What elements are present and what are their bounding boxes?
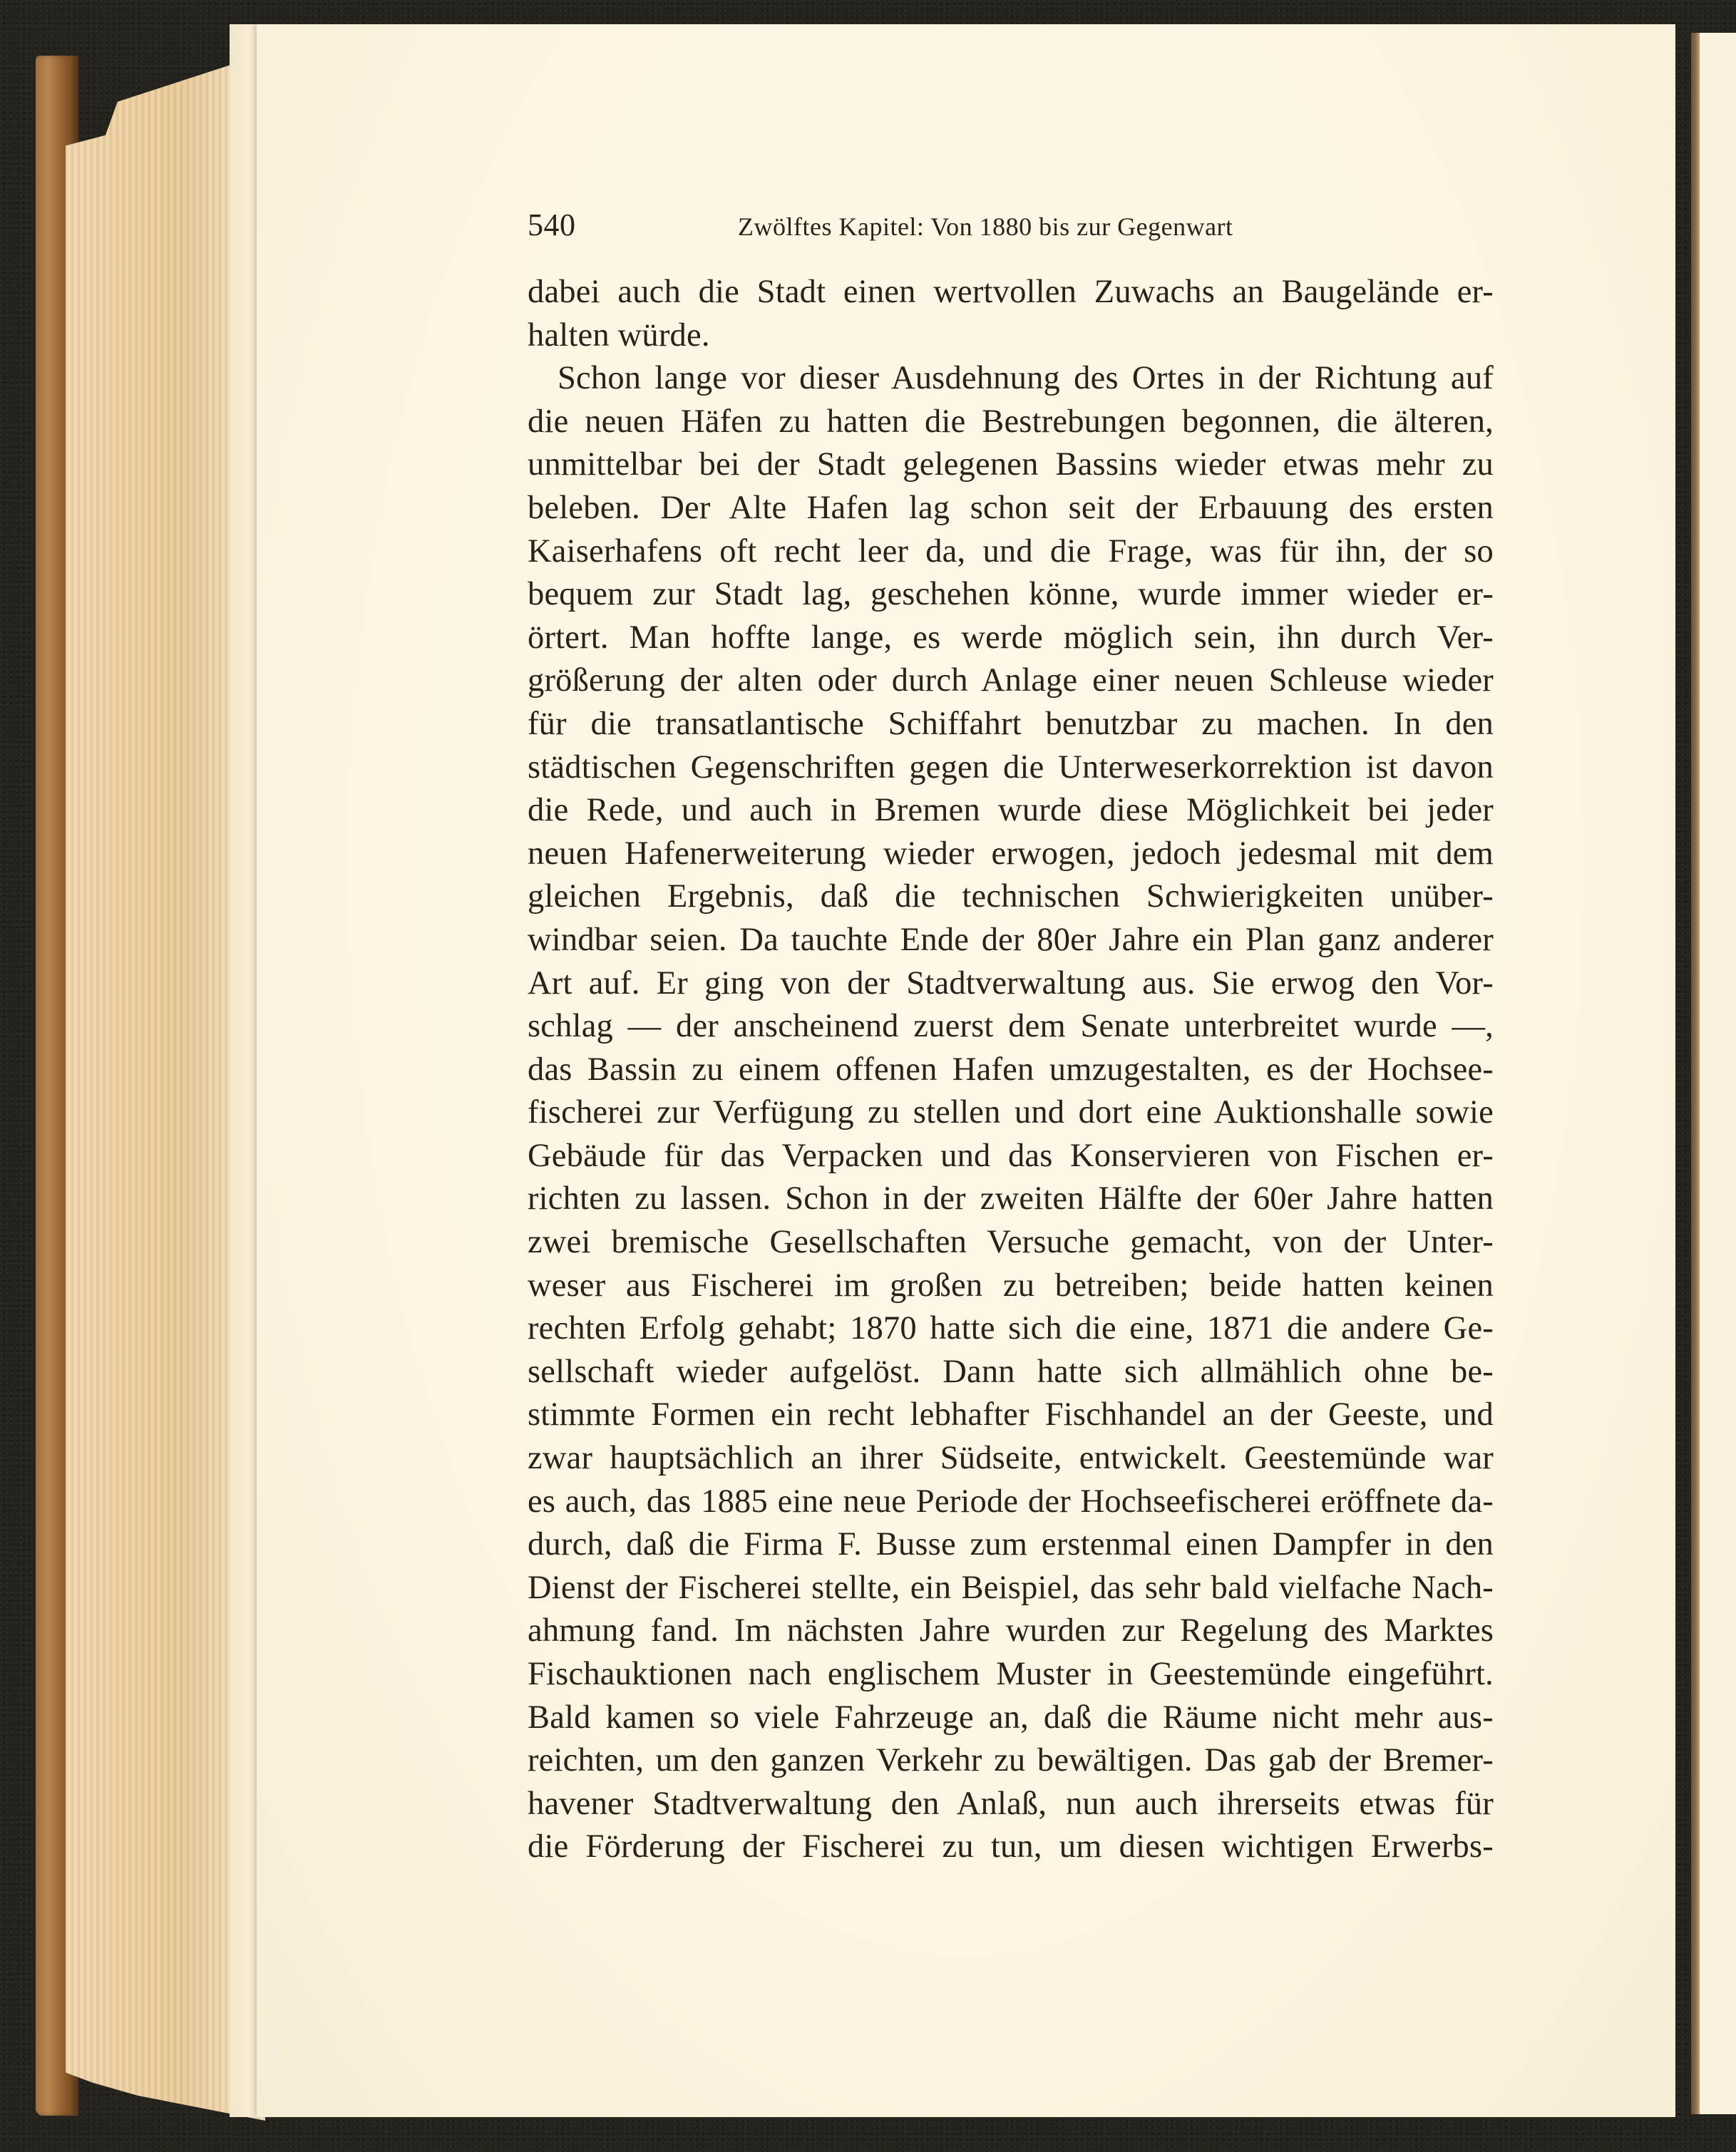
text-line: neuen Hafenerweiterung wieder erwogen, j… — [528, 833, 1494, 876]
page-text-block: 540 Zwölftes Kapitel: Von 1880 bis zur G… — [528, 207, 1494, 1869]
text-line: die Rede, und auch in Bremen wurde diese… — [528, 789, 1494, 833]
text-line: Gebäude für das Verpacken und das Konser… — [528, 1135, 1494, 1178]
facing-page-edge — [1700, 33, 1736, 2114]
text-line: beleben. Der Alte Hafen lag schon seit d… — [528, 487, 1494, 530]
text-line: das Bassin zu einem offenen Hafen umzuge… — [528, 1049, 1494, 1092]
text-line: reichten, um den ganzen Verkehr zu bewäl… — [528, 1739, 1494, 1783]
running-title: Zwölftes Kapitel: Von 1880 bis zur Gegen… — [738, 212, 1494, 242]
text-line: Dienst der Fischerei stellte, ein Beispi… — [528, 1567, 1494, 1610]
page-number: 540 — [528, 207, 738, 243]
text-line: bequem zur Stadt lag, geschehen könne, w… — [528, 573, 1494, 617]
text-line: halten würde. — [528, 314, 1494, 358]
text-line: städtischen Gegenschriften gegen die Unt… — [528, 746, 1494, 790]
text-line: zwar hauptsächlich an ihrer Südseite, en… — [528, 1437, 1494, 1481]
text-line: Fischauktionen nach englischem Muster in… — [528, 1653, 1494, 1697]
text-line: örtert. Man hoffte lange, es werde mögli… — [528, 617, 1494, 660]
text-line: havener Stadtverwaltung den Anlaß, nun a… — [528, 1783, 1494, 1826]
text-line: fischerei zur Verfügung zu stellen und d… — [528, 1091, 1494, 1135]
text-line: unmittelbar bei der Stadt gelegenen Bass… — [528, 443, 1494, 487]
text-line: gleichen Ergebnis, daß die technischen S… — [528, 875, 1494, 919]
text-line: für die transatlantische Schiffahrt benu… — [528, 703, 1494, 746]
page-edge-inner — [230, 24, 260, 2117]
body-text: dabei auch die Stadt einen wertvollen Zu… — [528, 271, 1494, 1869]
text-line: die Förderung der Fischerei zu tun, um d… — [528, 1826, 1494, 1869]
text-line: Bald kamen so viele Fahrzeuge an, daß di… — [528, 1697, 1494, 1740]
text-line: Schon lange vor dieser Ausdehnung des Or… — [528, 357, 1494, 401]
text-line: größerung der alten oder durch Anlage ei… — [528, 659, 1494, 703]
text-line: rechten Erfolg gehabt; 1870 hatte sich d… — [528, 1307, 1494, 1351]
text-line: richten zu lassen. Schon in der zweiten … — [528, 1178, 1494, 1221]
text-line: windbar seien. Da tauchte Ende der 80er … — [528, 919, 1494, 962]
text-line: die neuen Häfen zu hatten die Bestrebung… — [528, 401, 1494, 444]
text-line: durch, daß die Firma F. Busse zum ersten… — [528, 1523, 1494, 1567]
text-line: Art auf. Er ging von der Stadtverwaltung… — [528, 962, 1494, 1006]
text-line: Kaiserhafens oft recht leer da, und die … — [528, 530, 1494, 574]
book-gutter — [1691, 33, 1700, 2114]
text-line: sellschaft wieder aufgelöst. Dann hatte … — [528, 1351, 1494, 1394]
text-line: dabei auch die Stadt einen wertvollen Zu… — [528, 271, 1494, 314]
text-line: zwei bremische Gesellschaften Versuche g… — [528, 1221, 1494, 1265]
text-line: stimmte Formen ein recht lebhafter Fisch… — [528, 1394, 1494, 1437]
text-line: ahmung fand. Im nächsten Jahre wurden zu… — [528, 1610, 1494, 1653]
text-line: es auch, das 1885 eine neue Periode der … — [528, 1481, 1494, 1524]
running-head: 540 Zwölftes Kapitel: Von 1880 bis zur G… — [528, 207, 1494, 242]
text-line: weser aus Fischerei im großen zu betreib… — [528, 1265, 1494, 1308]
text-line: schlag — der anscheinend zuerst dem Sena… — [528, 1005, 1494, 1049]
